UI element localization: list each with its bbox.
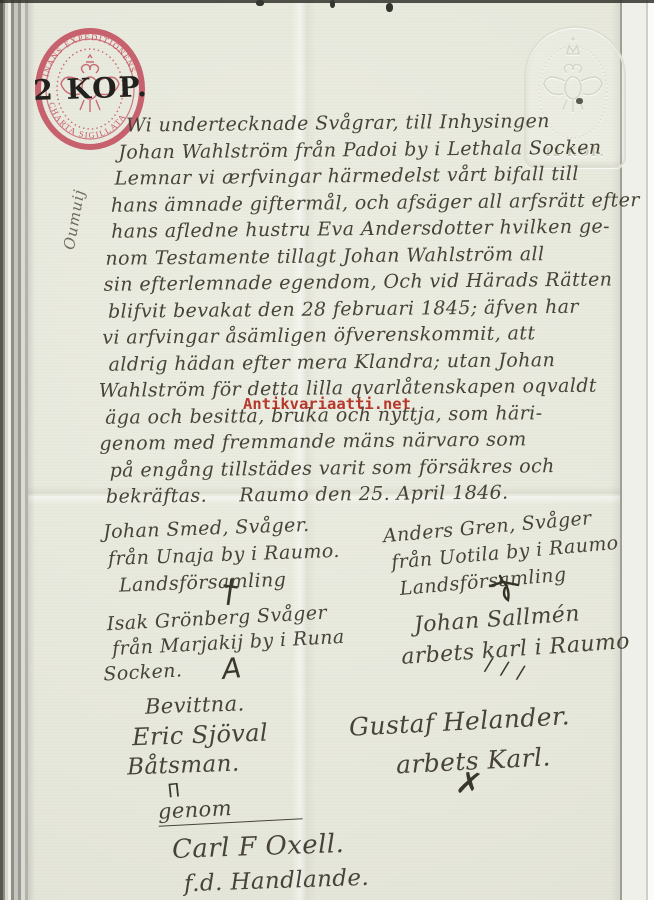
book-page-edges <box>0 0 28 900</box>
sjoval-bomark-icon: ∏ <box>167 779 180 798</box>
gren-bomark-icon <box>488 574 526 604</box>
ink-speck <box>330 0 335 8</box>
document-scan: FINANS EXPEDITIONENS CHARTA SIGILLATA 2 … <box>0 0 654 900</box>
signature-eric-sjoval: Eric Sjöval <box>132 718 269 753</box>
ink-speck <box>256 0 264 6</box>
witness-block: Bevittna. Eric Sjöval Båtsman. <box>124 688 269 783</box>
scan-top-edge <box>0 0 654 3</box>
stamp-overprint-value: 2 KOP. <box>30 70 151 107</box>
document-body: Wi undertecknade Svågrar, till Inhysinge… <box>96 107 643 510</box>
body-line: bekräftas. Raumo den 25. April 1846. <box>106 478 643 510</box>
signature-title: Båtsman. <box>127 748 270 783</box>
body-line: blifvit bevakat den 28 februari 1845; äf… <box>108 293 641 325</box>
ink-speck <box>576 98 583 104</box>
watermark: Antikvariaatti.net <box>243 395 411 413</box>
ink-speck <box>386 3 393 12</box>
body-line: hans afledne hustru Eva Andersdotter hvi… <box>111 213 640 245</box>
gronberg-bomark-icon: A <box>220 651 243 686</box>
signature-carl-oxell: Carl F Oxell. <box>172 829 345 865</box>
witness-label: Bevittna. <box>144 688 267 722</box>
